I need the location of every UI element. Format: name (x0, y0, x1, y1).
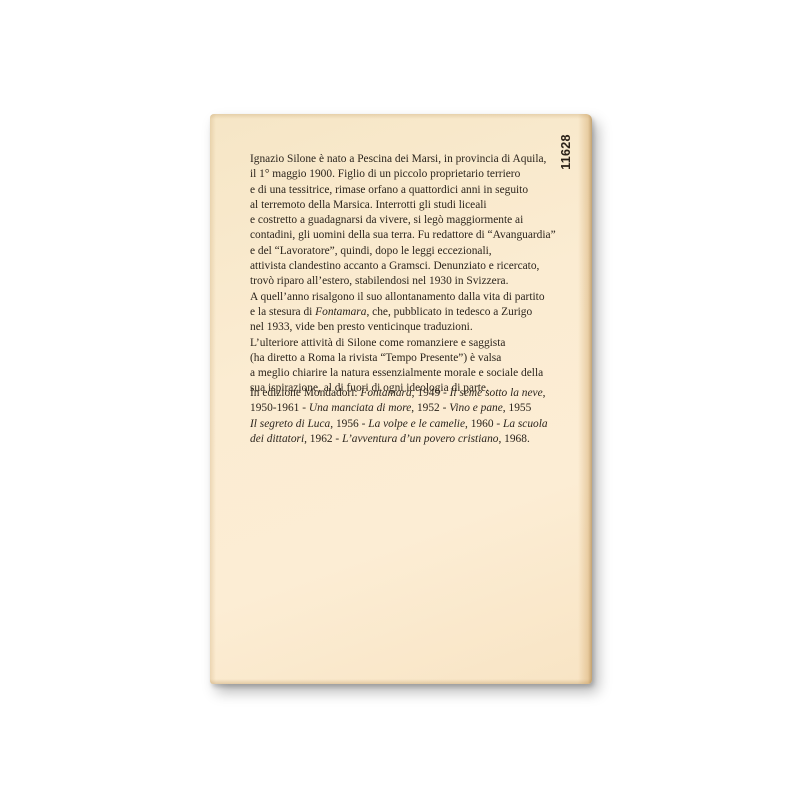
text: , 1968. (498, 433, 529, 445)
bio-line: Ignazio Silone è nato a Pescina dei Mars… (250, 152, 590, 167)
text: L’ulteriore attività di Silone come roma… (250, 337, 505, 349)
editions-line: 1950-1961 - Una manciata di more, 1952 -… (250, 401, 590, 416)
text: 1950-1961 - (250, 402, 309, 414)
text: e del “Lavoratore”, quindi, dopo le legg… (250, 245, 492, 257)
bio-line: A quell’anno risalgono il suo allontanam… (250, 290, 590, 305)
bio-line: e di una tessitrice, rimase orfano a qua… (250, 183, 590, 198)
title-text: Fontamara (360, 387, 411, 399)
bio-line: al terremoto della Marsica. Interrotti g… (250, 198, 590, 213)
text: e la stesura di (250, 306, 315, 318)
text: , che, pubblicato in tedesco a Zurigo (366, 306, 532, 318)
editions-line: dei dittatori, 1962 - L’avventura d’un p… (250, 432, 590, 447)
bio-line: attivista clandestino accanto a Gramsci.… (250, 259, 590, 274)
bio-line: nel 1933, vide ben presto venticinque tr… (250, 320, 590, 335)
bio-line: il 1° maggio 1900. Figlio di un piccolo … (250, 167, 590, 182)
title-text: L’avventura d’un povero cristiano (342, 433, 498, 445)
text: A quell’anno risalgono il suo allontanam… (250, 291, 545, 303)
text: il 1° maggio 1900. Figlio di un piccolo … (250, 168, 520, 180)
book-back-cover: 11628 Ignazio Silone è nato a Pescina de… (210, 114, 592, 684)
text: , 1960 - (465, 418, 503, 430)
bio-line: (ha diretto a Roma la rivista “Tempo Pre… (250, 351, 590, 366)
editions-line: In edizione Mondadori: Fontamara, 1949 -… (250, 386, 590, 401)
bio-line: a meglio chiarire la natura essenzialmen… (250, 366, 590, 381)
text: contadini, gli uomini della sua terra. F… (250, 229, 556, 241)
text: trovò riparo all’estero, stabilendosi ne… (250, 275, 508, 287)
title-text: Il seme sotto la neve (450, 387, 543, 399)
title-text: Vino e pane (449, 402, 503, 414)
title-text: La volpe e le camelie (368, 418, 465, 430)
title-text: dei dittatori (250, 433, 304, 445)
text: a meglio chiarire la natura essenzialmen… (250, 367, 543, 379)
text: , 1955 (503, 402, 531, 414)
text: e di una tessitrice, rimase orfano a qua… (250, 184, 528, 196)
text: Ignazio Silone è nato a Pescina dei Mars… (250, 153, 546, 165)
text: nel 1933, vide ben presto venticinque tr… (250, 321, 473, 333)
bio-line: contadini, gli uomini della sua terra. F… (250, 228, 590, 243)
text: , 1952 - (411, 402, 449, 414)
title-text: Il segreto di Luca (250, 418, 330, 430)
text: , 1956 - (330, 418, 368, 430)
author-biography: Ignazio Silone è nato a Pescina dei Mars… (250, 152, 590, 397)
text: (ha diretto a Roma la rivista “Tempo Pre… (250, 352, 501, 364)
text: attivista clandestino accanto a Gramsci.… (250, 260, 539, 272)
editions-list: In edizione Mondadori: Fontamara, 1949 -… (250, 386, 590, 447)
title-text: Fontamara (315, 306, 366, 318)
text: e costretto a guadagnarsi da vivere, si … (250, 214, 523, 226)
bio-line: e la stesura di Fontamara, che, pubblica… (250, 305, 590, 320)
text: In edizione Mondadori: (250, 387, 360, 399)
title-text: La scuola (503, 418, 548, 430)
bio-line: e del “Lavoratore”, quindi, dopo le legg… (250, 244, 590, 259)
title-text: Una manciata di more (309, 402, 411, 414)
editions-line: Il segreto di Luca, 1956 - La volpe e le… (250, 417, 590, 432)
text: , 1962 - (304, 433, 342, 445)
bio-line: e costretto a guadagnarsi da vivere, si … (250, 213, 590, 228)
text: , (543, 387, 546, 399)
text: al terremoto della Marsica. Interrotti g… (250, 199, 487, 211)
bio-line: trovò riparo all’estero, stabilendosi ne… (250, 274, 590, 289)
text: , 1949 - (412, 387, 450, 399)
bio-line: L’ulteriore attività di Silone come roma… (250, 336, 590, 351)
